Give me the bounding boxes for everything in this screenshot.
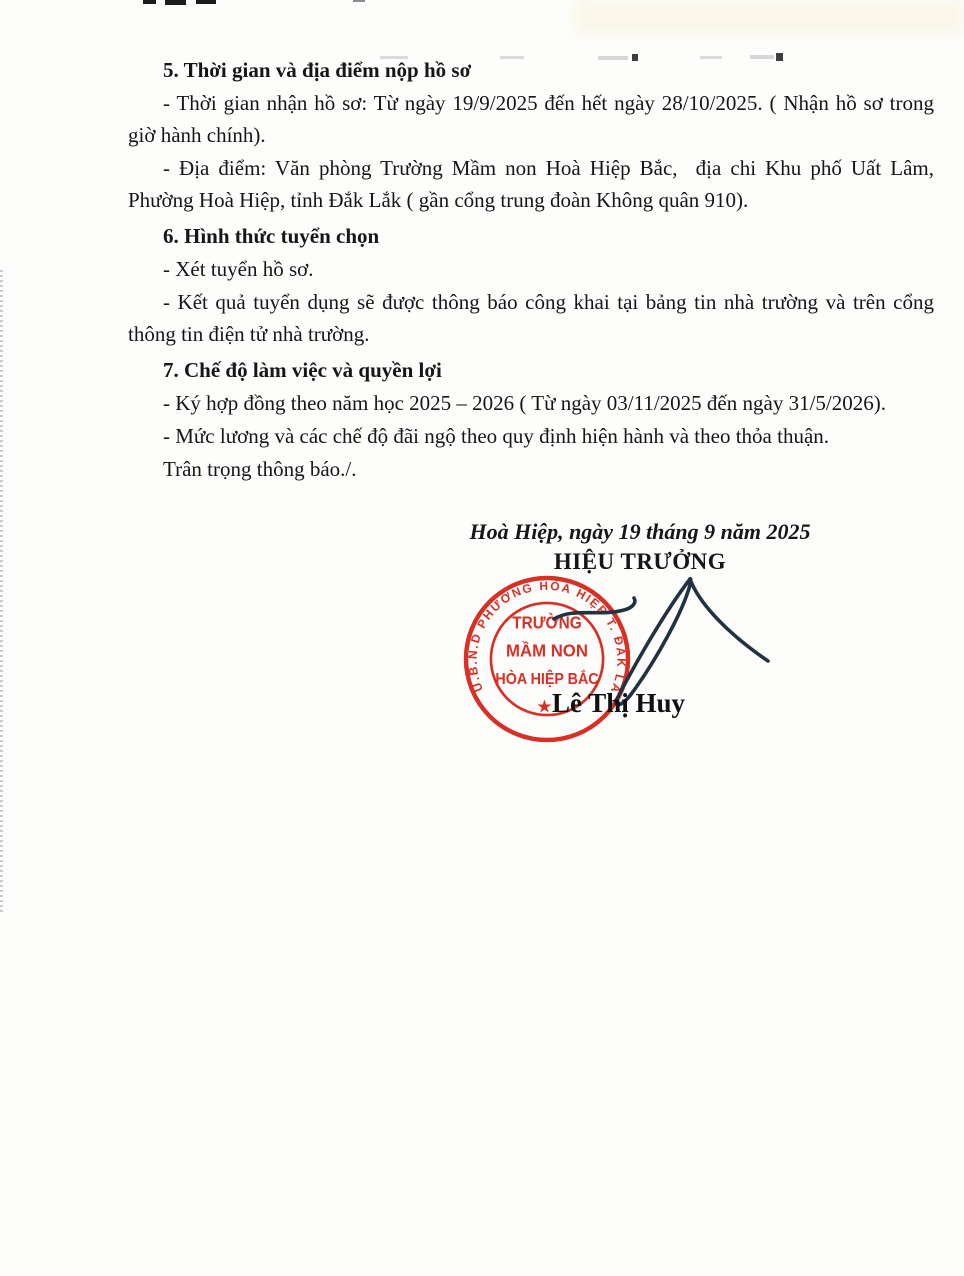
scan-smudge xyxy=(575,0,964,34)
scan-artifact xyxy=(165,0,186,5)
paragraph-salary: - Mức lương và các chế độ đãi ngộ theo q… xyxy=(128,420,934,452)
paragraph-location: - Địa điểm: Văn phòng Trường Mầm non Hoà… xyxy=(128,152,934,216)
paragraph-contract: - Ký hợp đồng theo năm học 2025 – 2026 (… xyxy=(128,387,934,419)
scan-edge-stripe xyxy=(0,270,3,915)
section-5-heading: 5. Thời gian và địa điểm nộp hồ sơ xyxy=(128,54,934,86)
place-date-line: Hoà Hiệp, ngày 19 tháng 9 năm 2025 xyxy=(445,517,835,547)
paragraph-method: - Xét tuyển hồ sơ. xyxy=(128,253,934,285)
signature-loop xyxy=(616,579,691,705)
scan-artifact xyxy=(196,0,216,4)
paragraph-closing: Trân trọng thông báo./. xyxy=(128,453,934,485)
signature-tail xyxy=(690,579,768,661)
paragraph-results: - Kết quả tuyển dụng sẽ được thông báo c… xyxy=(128,286,934,350)
scan-artifact xyxy=(353,0,365,2)
text-column: 5. Thời gian và địa điểm nộp hồ sơ - Thờ… xyxy=(128,54,934,485)
signer-name: Lê Thị Huy xyxy=(552,688,685,719)
scan-artifact xyxy=(143,0,156,4)
paragraph-time: - Thời gian nhận hồ sơ: Từ ngày 19/9/202… xyxy=(128,87,934,151)
signature-flourish xyxy=(554,598,635,619)
scanned-document-page: 5. Thời gian và địa điểm nộp hồ sơ - Thờ… xyxy=(0,0,964,1276)
section-6-heading: 6. Hình thức tuyển chọn xyxy=(128,220,934,252)
section-7-heading: 7. Chế độ làm việc và quyền lợi xyxy=(128,354,934,386)
signature-block: Hoà Hiệp, ngày 19 tháng 9 năm 2025 HIỆU … xyxy=(445,517,835,577)
